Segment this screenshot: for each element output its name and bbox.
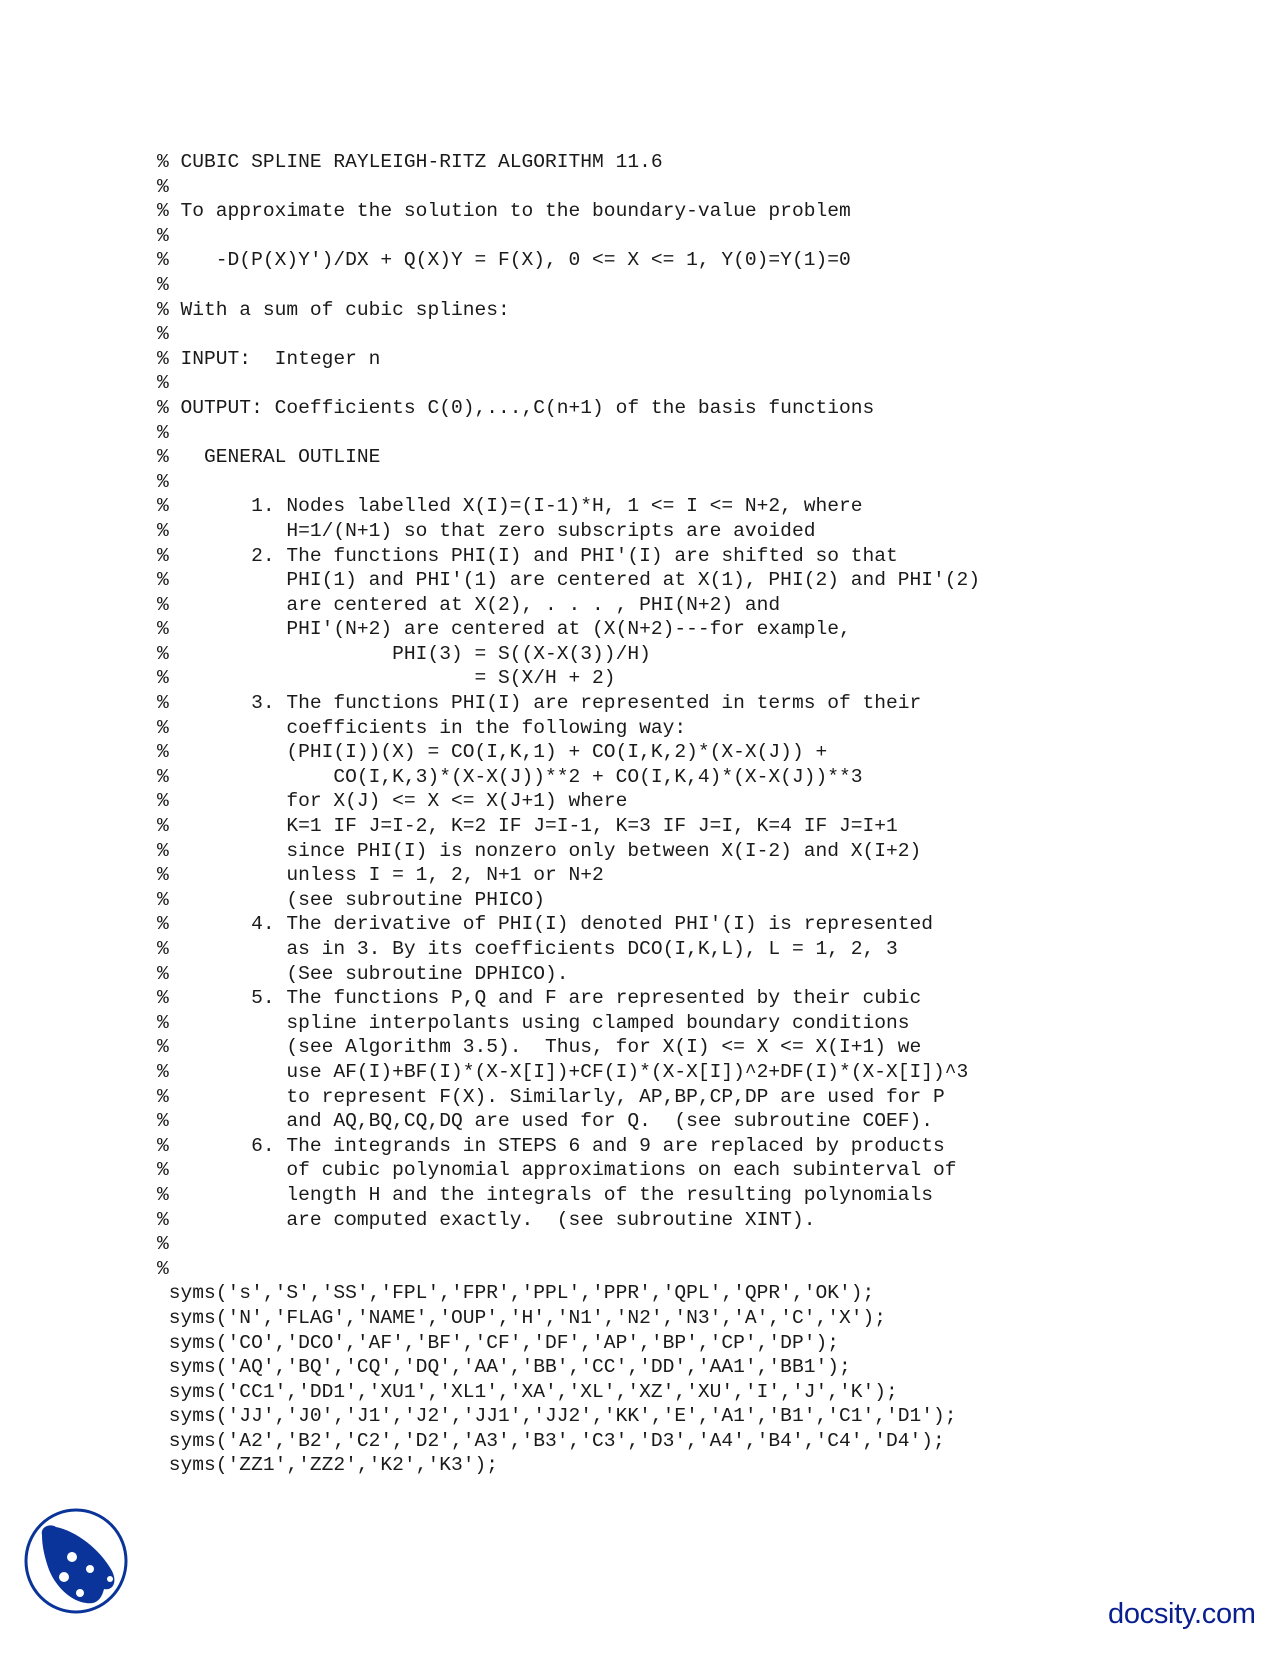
code-line: % (see Algorithm 3.5). Thus, for X(I) <=… <box>157 1035 980 1060</box>
code-line: % (PHI(I))(X) = CO(I,K,1) + CO(I,K,2)*(X… <box>157 740 980 765</box>
code-line: % are centered at X(2), . . . , PHI(N+2)… <box>157 593 980 618</box>
code-line: % coefficients in the following way: <box>157 716 980 741</box>
code-line: % <box>157 371 980 396</box>
code-line: % <box>157 322 980 347</box>
code-line: % <box>157 175 980 200</box>
code-line: % use AF(I)+BF(I)*(X-X[I])+CF(I)*(X-X[I]… <box>157 1060 980 1085</box>
code-line: syms('AQ','BQ','CQ','DQ','AA','BB','CC',… <box>157 1355 980 1380</box>
code-line: % 1. Nodes labelled X(I)=(I-1)*H, 1 <= I… <box>157 494 980 519</box>
code-line: % since PHI(I) is nonzero only between X… <box>157 839 980 864</box>
code-line: syms('ZZ1','ZZ2','K2','K3'); <box>157 1453 980 1478</box>
code-line: % of cubic polynomial approximations on … <box>157 1158 980 1183</box>
code-line: % PHI(3) = S((X-X(3))/H) <box>157 642 980 667</box>
code-line: % INPUT: Integer n <box>157 347 980 372</box>
code-line: % and AQ,BQ,CQ,DQ are used for Q. (see s… <box>157 1109 980 1134</box>
code-line: % (see subroutine PHICO) <box>157 888 980 913</box>
code-line: % With a sum of cubic splines: <box>157 298 980 323</box>
code-line: % 3. The functions PHI(I) are represente… <box>157 691 980 716</box>
code-line: % PHI(1) and PHI'(1) are centered at X(1… <box>157 568 980 593</box>
code-line: % <box>157 421 980 446</box>
code-line: % To approximate the solution to the bou… <box>157 199 980 224</box>
code-line: % H=1/(N+1) so that zero subscripts are … <box>157 519 980 544</box>
code-line: % spline interpolants using clamped boun… <box>157 1011 980 1036</box>
code-line: syms('CC1','DD1','XU1','XL1','XA','XL','… <box>157 1380 980 1405</box>
code-line: % <box>157 1232 980 1257</box>
code-line: % length H and the integrals of the resu… <box>157 1183 980 1208</box>
code-line: % <box>157 224 980 249</box>
code-line: syms('N','FLAG','NAME','OUP','H','N1','N… <box>157 1306 980 1331</box>
code-line: % CUBIC SPLINE RAYLEIGH-RITZ ALGORITHM 1… <box>157 150 980 175</box>
code-line: % -D(P(X)Y')/DX + Q(X)Y = F(X), 0 <= X <… <box>157 248 980 273</box>
code-line: % 4. The derivative of PHI(I) denoted PH… <box>157 912 980 937</box>
docsity-brand-link[interactable]: docsity.com <box>1108 1598 1256 1631</box>
code-line: % as in 3. By its coefficients DCO(I,K,L… <box>157 937 980 962</box>
code-line: % 2. The functions PHI(I) and PHI'(I) ar… <box>157 544 980 569</box>
code-line: % are computed exactly. (see subroutine … <box>157 1208 980 1233</box>
code-line: syms('CO','DCO','AF','BF','CF','DF','AP'… <box>157 1331 980 1356</box>
code-line: % <box>157 470 980 495</box>
code-line: % K=1 IF J=I-2, K=2 IF J=I-1, K=3 IF J=I… <box>157 814 980 839</box>
code-line: % <box>157 273 980 298</box>
docsity-logo-icon <box>20 1505 132 1617</box>
code-line: % (See subroutine DPHICO). <box>157 962 980 987</box>
code-line: % for X(J) <= X <= X(J+1) where <box>157 789 980 814</box>
code-listing: % CUBIC SPLINE RAYLEIGH-RITZ ALGORITHM 1… <box>157 150 980 1478</box>
code-line: % OUTPUT: Coefficients C(0),...,C(n+1) o… <box>157 396 980 421</box>
code-line: % to represent F(X). Similarly, AP,BP,CP… <box>157 1085 980 1110</box>
code-line: % <box>157 1257 980 1282</box>
code-line: % 5. The functions P,Q and F are represe… <box>157 986 980 1011</box>
document-page: % CUBIC SPLINE RAYLEIGH-RITZ ALGORITHM 1… <box>0 0 1280 1656</box>
code-line: syms('A2','B2','C2','D2','A3','B3','C3',… <box>157 1429 980 1454</box>
code-line: % PHI'(N+2) are centered at (X(N+2)---fo… <box>157 617 980 642</box>
code-line: % CO(I,K,3)*(X-X(J))**2 + CO(I,K,4)*(X-X… <box>157 765 980 790</box>
code-line: % 6. The integrands in STEPS 6 and 9 are… <box>157 1134 980 1159</box>
code-line: syms('s','S','SS','FPL','FPR','PPL','PPR… <box>157 1281 980 1306</box>
code-line: % GENERAL OUTLINE <box>157 445 980 470</box>
code-line: syms('JJ','J0','J1','J2','JJ1','JJ2','KK… <box>157 1404 980 1429</box>
code-line: % unless I = 1, 2, N+1 or N+2 <box>157 863 980 888</box>
code-line: % = S(X/H + 2) <box>157 666 980 691</box>
